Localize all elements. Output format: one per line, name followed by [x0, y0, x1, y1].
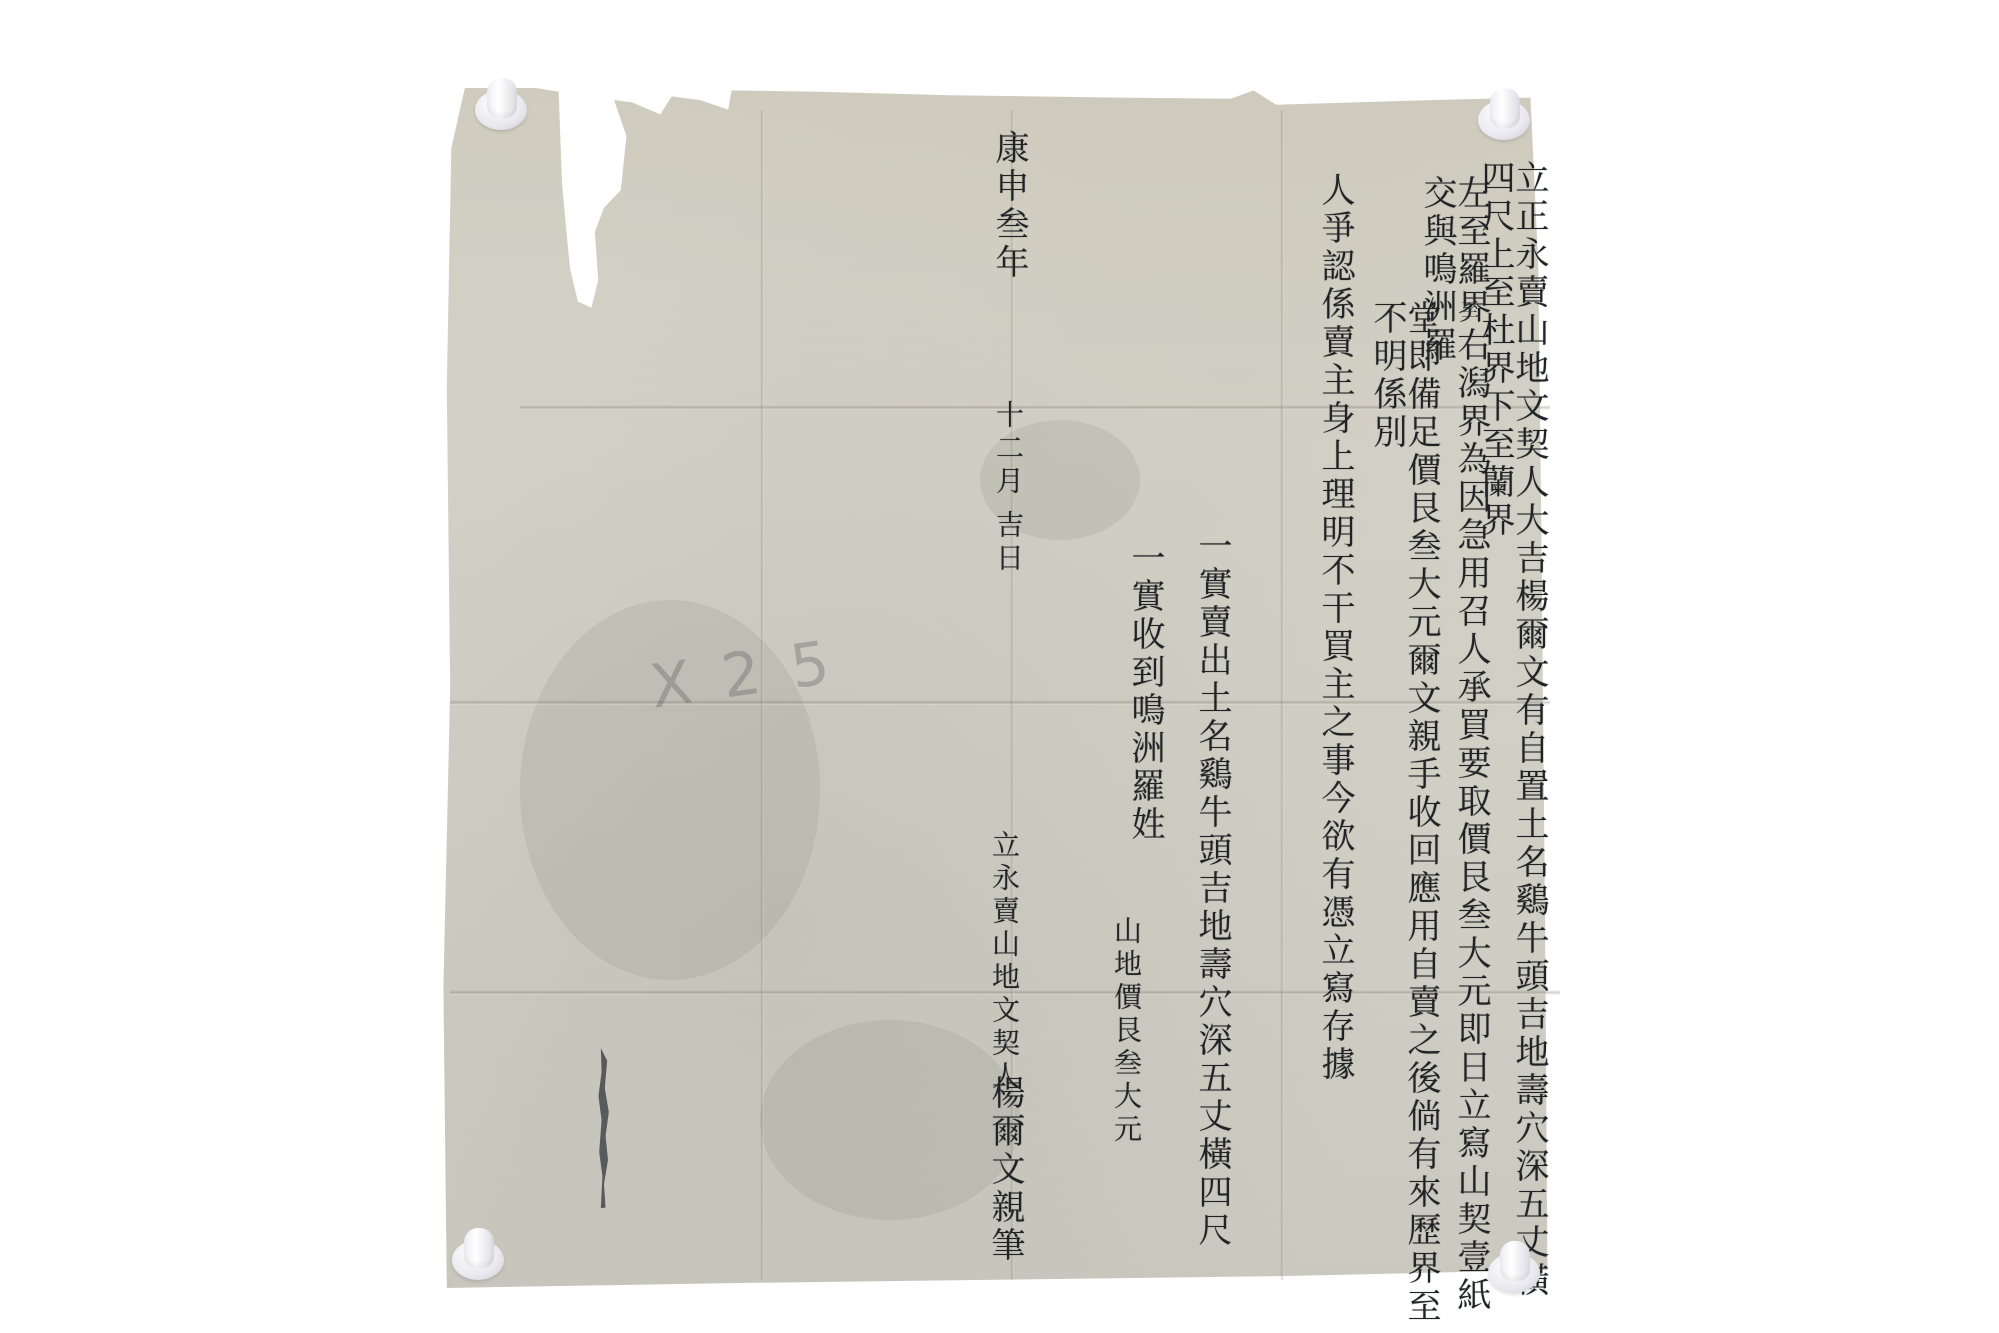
pushpin-icon [452, 1232, 506, 1286]
signatory-label: 立永賣山地文契人 [990, 830, 1018, 1094]
interlinear-note: 至 [1455, 300, 1481, 318]
deed-column-7: 山地價艮叁大元 [1112, 916, 1140, 1147]
stain [760, 1020, 1020, 1220]
date-month: 十二月 [994, 400, 1022, 499]
deed-column-3: 堂即備足價艮叁大元爾文親手收回應用自賣之後倘有來歷界至不明係別 [1370, 300, 1438, 1333]
date-year: 康申叁年 [992, 130, 1026, 282]
deed-column-5: 一實賣出土名鷄牛頭吉地壽穴深五丈橫四尺 [1195, 528, 1229, 1250]
photo-stage: X 2 5 立正永賣山地文契人大吉楊爾文有自置土名鷄牛頭吉地壽穴深五丈橫四尺上至… [0, 0, 1999, 1333]
signatory-name: 楊爾文親筆 [988, 1075, 1022, 1265]
pushpin-icon [475, 82, 529, 136]
date-day: 吉日 [994, 510, 1022, 576]
fold-line [1280, 110, 1284, 1280]
pushpin-icon [1478, 92, 1532, 146]
pushpin-icon [1488, 1245, 1542, 1299]
deed-column-4: 人爭認係賣主身上理明不干買主之事今欲有憑立寫存據 [1318, 172, 1352, 1084]
deed-column-6: 一實收到鳴洲羅姓 [1128, 540, 1162, 844]
